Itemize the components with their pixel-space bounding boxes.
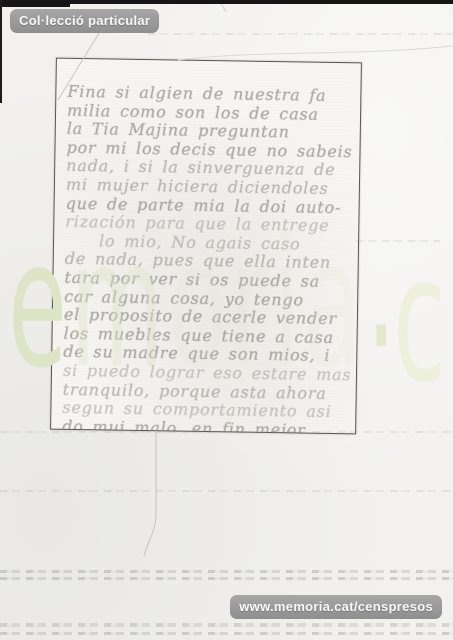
scanned-document-page: e m oria . c Fina si algien de nuestra f… [0, 0, 453, 640]
website-credit-badge: www.memoria.cat/censpresos [230, 595, 442, 619]
scan-edge-left [0, 0, 2, 103]
scan-creases [0, 0, 453, 640]
scan-streak [0, 490, 453, 492]
collection-badge: Col·lecció particular [10, 9, 159, 33]
scan-streak [0, 431, 453, 433]
scan-streak [0, 570, 453, 573]
scan-streak [0, 623, 453, 627]
scan-streak [148, 33, 453, 35]
scan-edge-top-corner [0, 0, 70, 7]
scan-streak [356, 240, 440, 242]
scan-streak [0, 577, 453, 580]
scan-streak [0, 632, 453, 635]
